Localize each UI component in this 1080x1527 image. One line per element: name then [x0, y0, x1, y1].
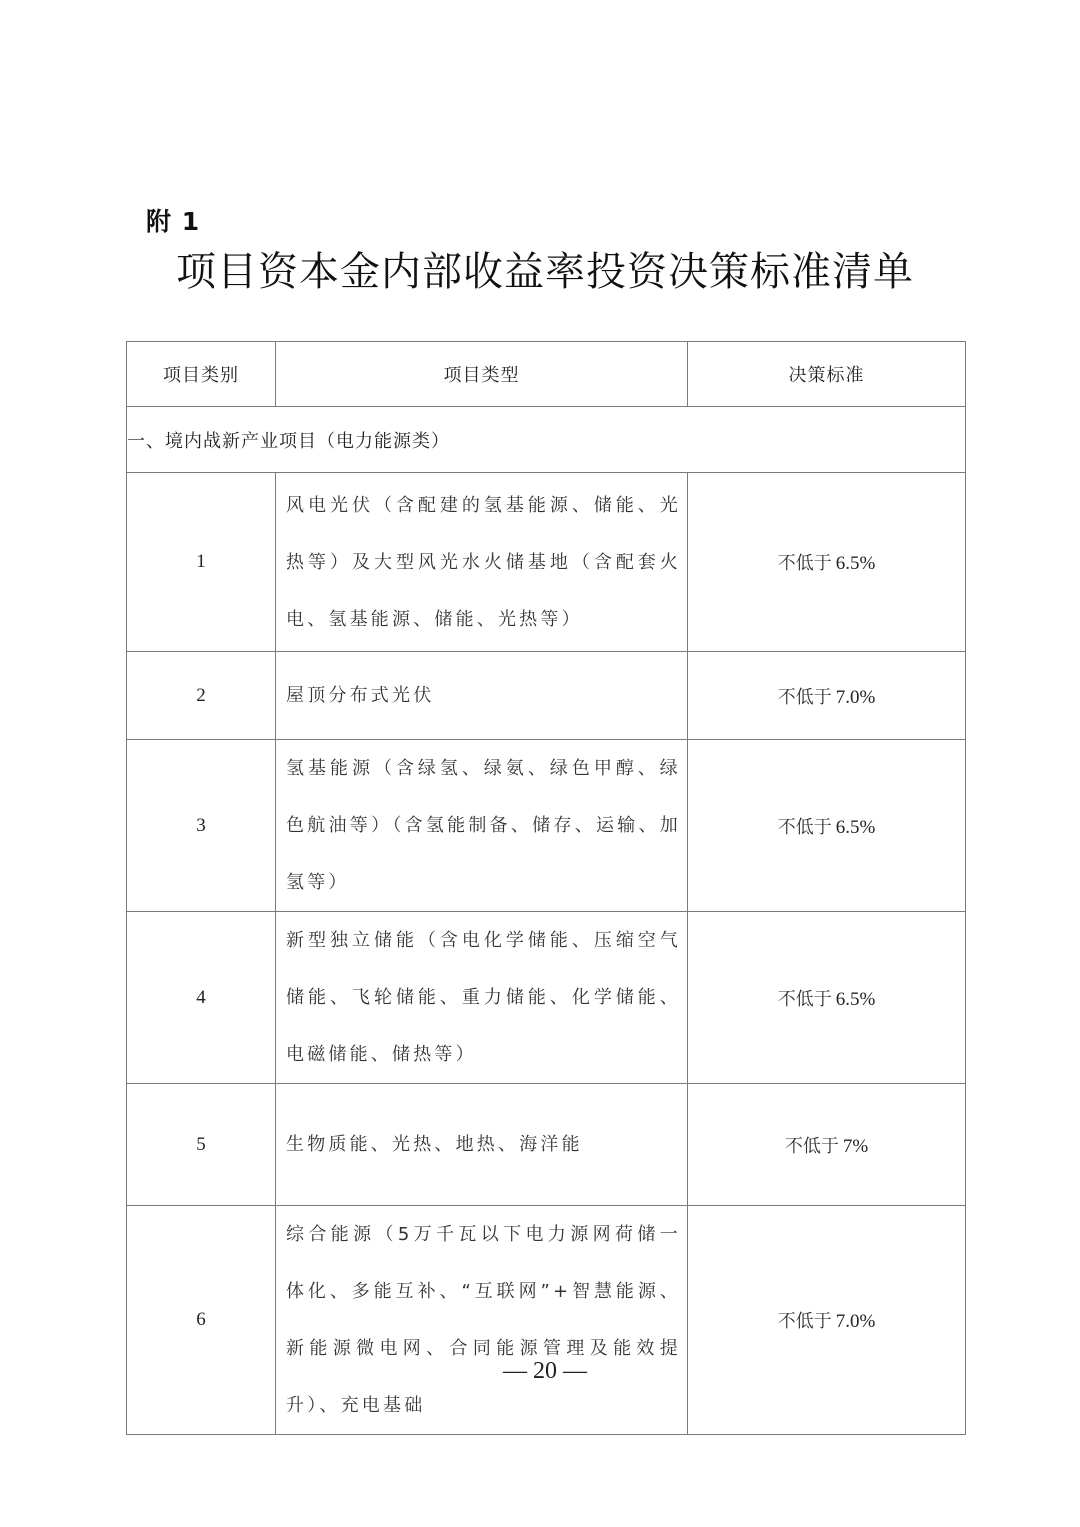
page-number: — 20 —: [0, 1358, 1080, 1385]
table-row: 2 屋顶分布式光伏 不低于7.0%: [127, 652, 966, 740]
header-type: 项目类型: [276, 342, 688, 407]
section-title: 一、境内战新产业项目（电力能源类）: [127, 407, 966, 473]
row-number: 3: [127, 740, 276, 912]
standard-value: 6.5%: [836, 989, 876, 1010]
row-number: 5: [127, 1084, 276, 1206]
row-number: 1: [127, 473, 276, 652]
irr-criteria-table: 项目类别 项目类型 决策标准 一、境内战新产业项目（电力能源类） 1 风电光伏（…: [126, 341, 966, 1435]
project-type: 综合能源（5万千瓦以下电力源网荷储一体化、多能互补、“互联网”+智慧能源、新能源…: [276, 1206, 688, 1435]
decision-standard: 不低于7%: [688, 1084, 966, 1206]
table-row: 3 氢基能源（含绿氢、绿氨、绿色甲醇、绿色航油等）（含氢能制备、储存、运输、加氢…: [127, 740, 966, 912]
standard-prefix: 不低于: [778, 687, 832, 708]
header-category: 项目类别: [127, 342, 276, 407]
standard-prefix: 不低于: [778, 817, 832, 838]
row-number: 4: [127, 912, 276, 1084]
project-type: 氢基能源（含绿氢、绿氨、绿色甲醇、绿色航油等）（含氢能制备、储存、运输、加氢等）: [276, 740, 688, 912]
project-type: 生物质能、光热、地热、海洋能: [276, 1084, 688, 1206]
standard-prefix: 不低于: [785, 1136, 839, 1157]
table-row: 6 综合能源（5万千瓦以下电力源网荷储一体化、多能互补、“互联网”+智慧能源、新…: [127, 1206, 966, 1435]
table-row: 1 风电光伏（含配建的氢基能源、储能、光热等）及大型风光水火储基地（含配套火电、…: [127, 473, 966, 652]
standard-value: 7.0%: [836, 687, 876, 708]
standard-value: 6.5%: [836, 553, 876, 574]
standard-value: 6.5%: [836, 817, 876, 838]
appendix-label: 附 1: [146, 202, 200, 238]
standard-prefix: 不低于: [778, 1311, 832, 1332]
document-title: 项目资本金内部收益率投资决策标准清单: [0, 240, 1080, 297]
decision-standard: 不低于6.5%: [688, 473, 966, 652]
decision-standard: 不低于7.0%: [688, 1206, 966, 1435]
decision-standard: 不低于6.5%: [688, 740, 966, 912]
project-type: 风电光伏（含配建的氢基能源、储能、光热等）及大型风光水火储基地（含配套火电、氢基…: [276, 473, 688, 652]
decision-standard: 不低于6.5%: [688, 912, 966, 1084]
row-number: 2: [127, 652, 276, 740]
decision-standard: 不低于7.0%: [688, 652, 966, 740]
table-row: 5 生物质能、光热、地热、海洋能 不低于7%: [127, 1084, 966, 1206]
table-row: 4 新型独立储能（含电化学储能、压缩空气储能、飞轮储能、重力储能、化学储能、电磁…: [127, 912, 966, 1084]
project-type: 屋顶分布式光伏: [276, 652, 688, 740]
standard-value: 7%: [843, 1136, 868, 1157]
section-row: 一、境内战新产业项目（电力能源类）: [127, 407, 966, 473]
standard-value: 7.0%: [836, 1311, 876, 1332]
table-header-row: 项目类别 项目类型 决策标准: [127, 342, 966, 407]
row-number: 6: [127, 1206, 276, 1435]
header-standard: 决策标准: [688, 342, 966, 407]
standard-prefix: 不低于: [778, 989, 832, 1010]
standard-prefix: 不低于: [778, 553, 832, 574]
project-type: 新型独立储能（含电化学储能、压缩空气储能、飞轮储能、重力储能、化学储能、电磁储能…: [276, 912, 688, 1084]
